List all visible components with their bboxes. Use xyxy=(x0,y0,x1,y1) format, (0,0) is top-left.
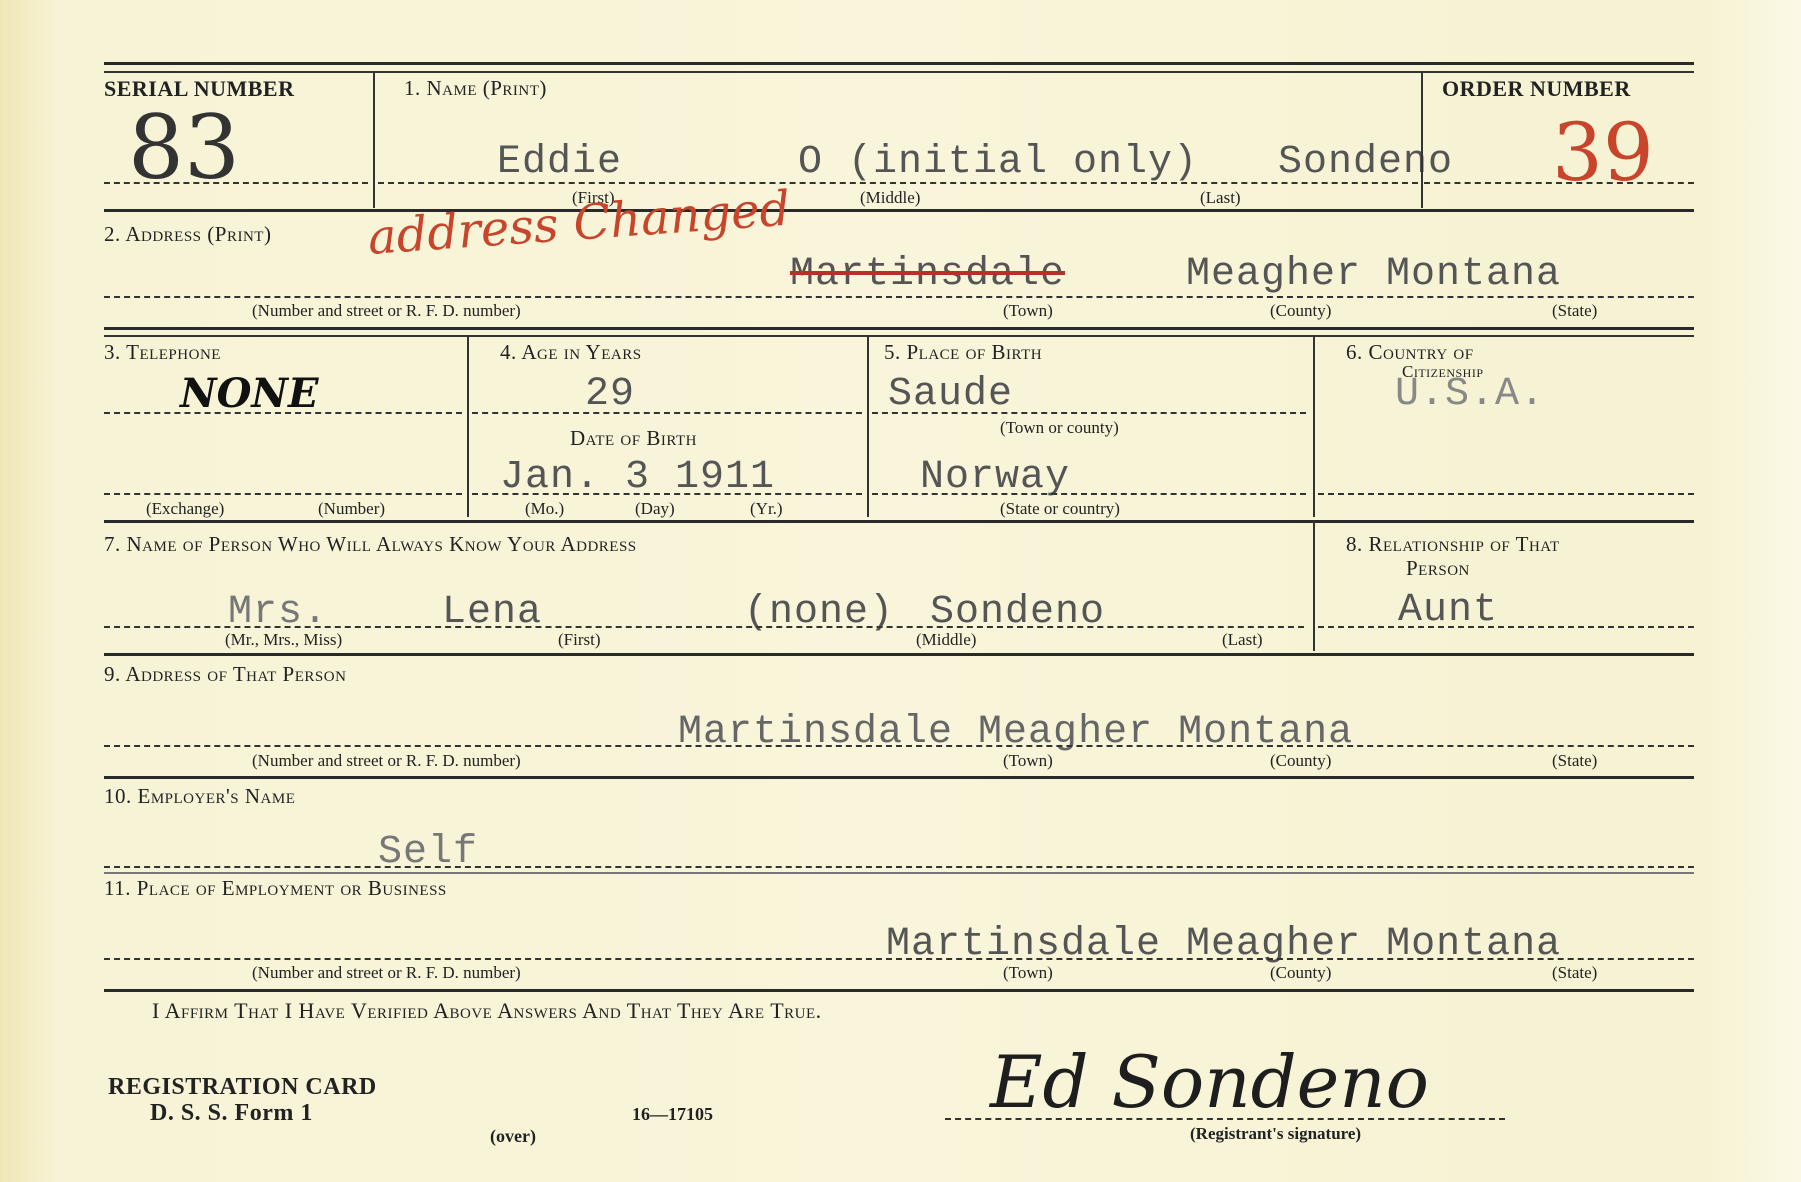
relationship-line xyxy=(1318,626,1694,628)
rule-7 xyxy=(104,989,1694,992)
sub-state-3: (State) xyxy=(1552,963,1597,983)
address-label: 2. Address (Print) xyxy=(104,222,271,247)
contact-address-line xyxy=(104,745,1694,747)
form-number: 16—17105 xyxy=(632,1104,713,1125)
sub-street-3: (Number and street or R. F. D. number) xyxy=(252,963,521,983)
employment-label: 11. Place of Employment or Business xyxy=(104,876,447,901)
telephone-label: 3. Telephone xyxy=(104,340,221,365)
employer-line xyxy=(104,866,1694,868)
sub-contact-first: (First) xyxy=(558,630,601,650)
divider-5-6 xyxy=(1313,337,1315,517)
sub-last: (Last) xyxy=(1200,188,1241,208)
affirmation-text: I Affirm That I Have Verified Above Answ… xyxy=(152,998,822,1024)
employment-value: Martinsdale Meagher Montana xyxy=(886,922,1561,967)
sub-town-3: (Town) xyxy=(1003,963,1053,983)
divider-3-4 xyxy=(467,337,469,517)
dob-line xyxy=(472,493,862,495)
registration-card: SERIAL NUMBER 83 1. Name (Print) Eddie O… xyxy=(0,0,1801,1182)
sub-day: (Day) xyxy=(635,499,675,519)
sub-yr: (Yr.) xyxy=(750,499,783,519)
contact-address-label: 9. Address of That Person xyxy=(104,662,346,687)
contact-line xyxy=(104,626,1304,628)
over-note: (over) xyxy=(490,1126,536,1147)
contact-address-value: Martinsdale Meagher Montana xyxy=(678,710,1353,755)
telephone-value: NONE xyxy=(180,370,318,417)
birthplace-town: Saude xyxy=(888,372,1013,417)
sub-county: (County) xyxy=(1270,301,1331,321)
sub-town-county: (Town or county) xyxy=(1000,418,1119,438)
rule-6 xyxy=(104,872,1694,874)
top-rule-2 xyxy=(104,71,1694,73)
address-county-state: Meagher Montana xyxy=(1186,252,1561,297)
name-first: Eddie xyxy=(497,140,622,185)
sub-middle: (Middle) xyxy=(860,188,920,208)
sub-exchange: (Exchange) xyxy=(146,499,224,519)
citizenship-value: U.S.A. xyxy=(1395,372,1545,417)
dob-label: Date of Birth xyxy=(570,426,697,451)
relationship-label-2: Person xyxy=(1406,556,1470,581)
sub-number: (Number) xyxy=(318,499,385,519)
serial-line xyxy=(104,182,368,184)
sub-contact-middle: (Middle) xyxy=(916,630,976,650)
registrant-signature: Ed Sondeno xyxy=(990,1040,1429,1124)
sub-state: (State) xyxy=(1552,301,1597,321)
order-divider xyxy=(1421,72,1423,208)
form-name: D. S. S. Form 1 xyxy=(150,1100,313,1127)
signature-label: (Registrant's signature) xyxy=(1190,1124,1361,1144)
employment-line xyxy=(104,958,1694,960)
divider-4-5 xyxy=(867,337,869,517)
order-number-value: 39 xyxy=(1552,106,1654,199)
name-last: Sondeno xyxy=(1278,140,1453,185)
top-rule xyxy=(104,62,1694,65)
sub-town: (Town) xyxy=(1003,301,1053,321)
address-town-struck: Martinsdale xyxy=(790,252,1065,297)
order-line xyxy=(1424,182,1694,184)
birthplace-town-line xyxy=(872,412,1306,414)
contact-last: Sondeno xyxy=(930,590,1105,635)
signature-line xyxy=(945,1118,1505,1120)
age-line xyxy=(472,412,862,414)
sub-title: (Mr., Mrs., Miss) xyxy=(225,630,342,650)
sub-contact-last: (Last) xyxy=(1222,630,1263,650)
divider-7-8 xyxy=(1313,521,1315,651)
age-value: 29 xyxy=(585,372,635,417)
relationship-label-1: 8. Relationship of That xyxy=(1346,532,1560,557)
name-label: 1. Name (Print) xyxy=(404,76,547,101)
sub-state-2: (State) xyxy=(1552,751,1597,771)
age-label: 4. Age in Years xyxy=(500,340,642,365)
sub-mo: (Mo.) xyxy=(525,499,564,519)
address-line xyxy=(104,296,1694,298)
contact-label: 7. Name of Person Who Will Always Know Y… xyxy=(104,532,637,557)
sub-street-2: (Number and street or R. F. D. number) xyxy=(252,751,521,771)
sub-street: (Number and street or R. F. D. number) xyxy=(252,301,521,321)
birthplace-label: 5. Place of Birth xyxy=(884,340,1042,365)
sub-state-country: (State or country) xyxy=(1000,499,1120,519)
contact-middle: (none) xyxy=(744,590,894,635)
sub-town-2: (Town) xyxy=(1003,751,1053,771)
contact-first: Lena xyxy=(442,590,542,635)
birthplace-country-line xyxy=(872,493,1306,495)
sub-county-2: (County) xyxy=(1270,751,1331,771)
telephone-line-1 xyxy=(104,412,462,414)
rule-2b xyxy=(104,335,1694,337)
rule-5 xyxy=(104,776,1694,779)
rule-1 xyxy=(104,209,1694,212)
telephone-line-2 xyxy=(104,493,462,495)
name-line xyxy=(378,182,1418,184)
citizenship-line xyxy=(1318,493,1694,495)
registration-card-title: REGISTRATION CARD xyxy=(108,1074,377,1101)
rule-2 xyxy=(104,327,1694,330)
contact-title: Mrs. xyxy=(228,590,328,635)
rule-4 xyxy=(104,653,1694,656)
employer-label: 10. Employer's Name xyxy=(104,784,295,809)
employer-value: Self xyxy=(378,830,478,875)
name-middle: O (initial only) xyxy=(798,140,1198,185)
sub-county-3: (County) xyxy=(1270,963,1331,983)
order-number-label: ORDER NUMBER xyxy=(1442,76,1631,102)
serial-divider xyxy=(373,72,375,208)
rule-3 xyxy=(104,520,1694,523)
